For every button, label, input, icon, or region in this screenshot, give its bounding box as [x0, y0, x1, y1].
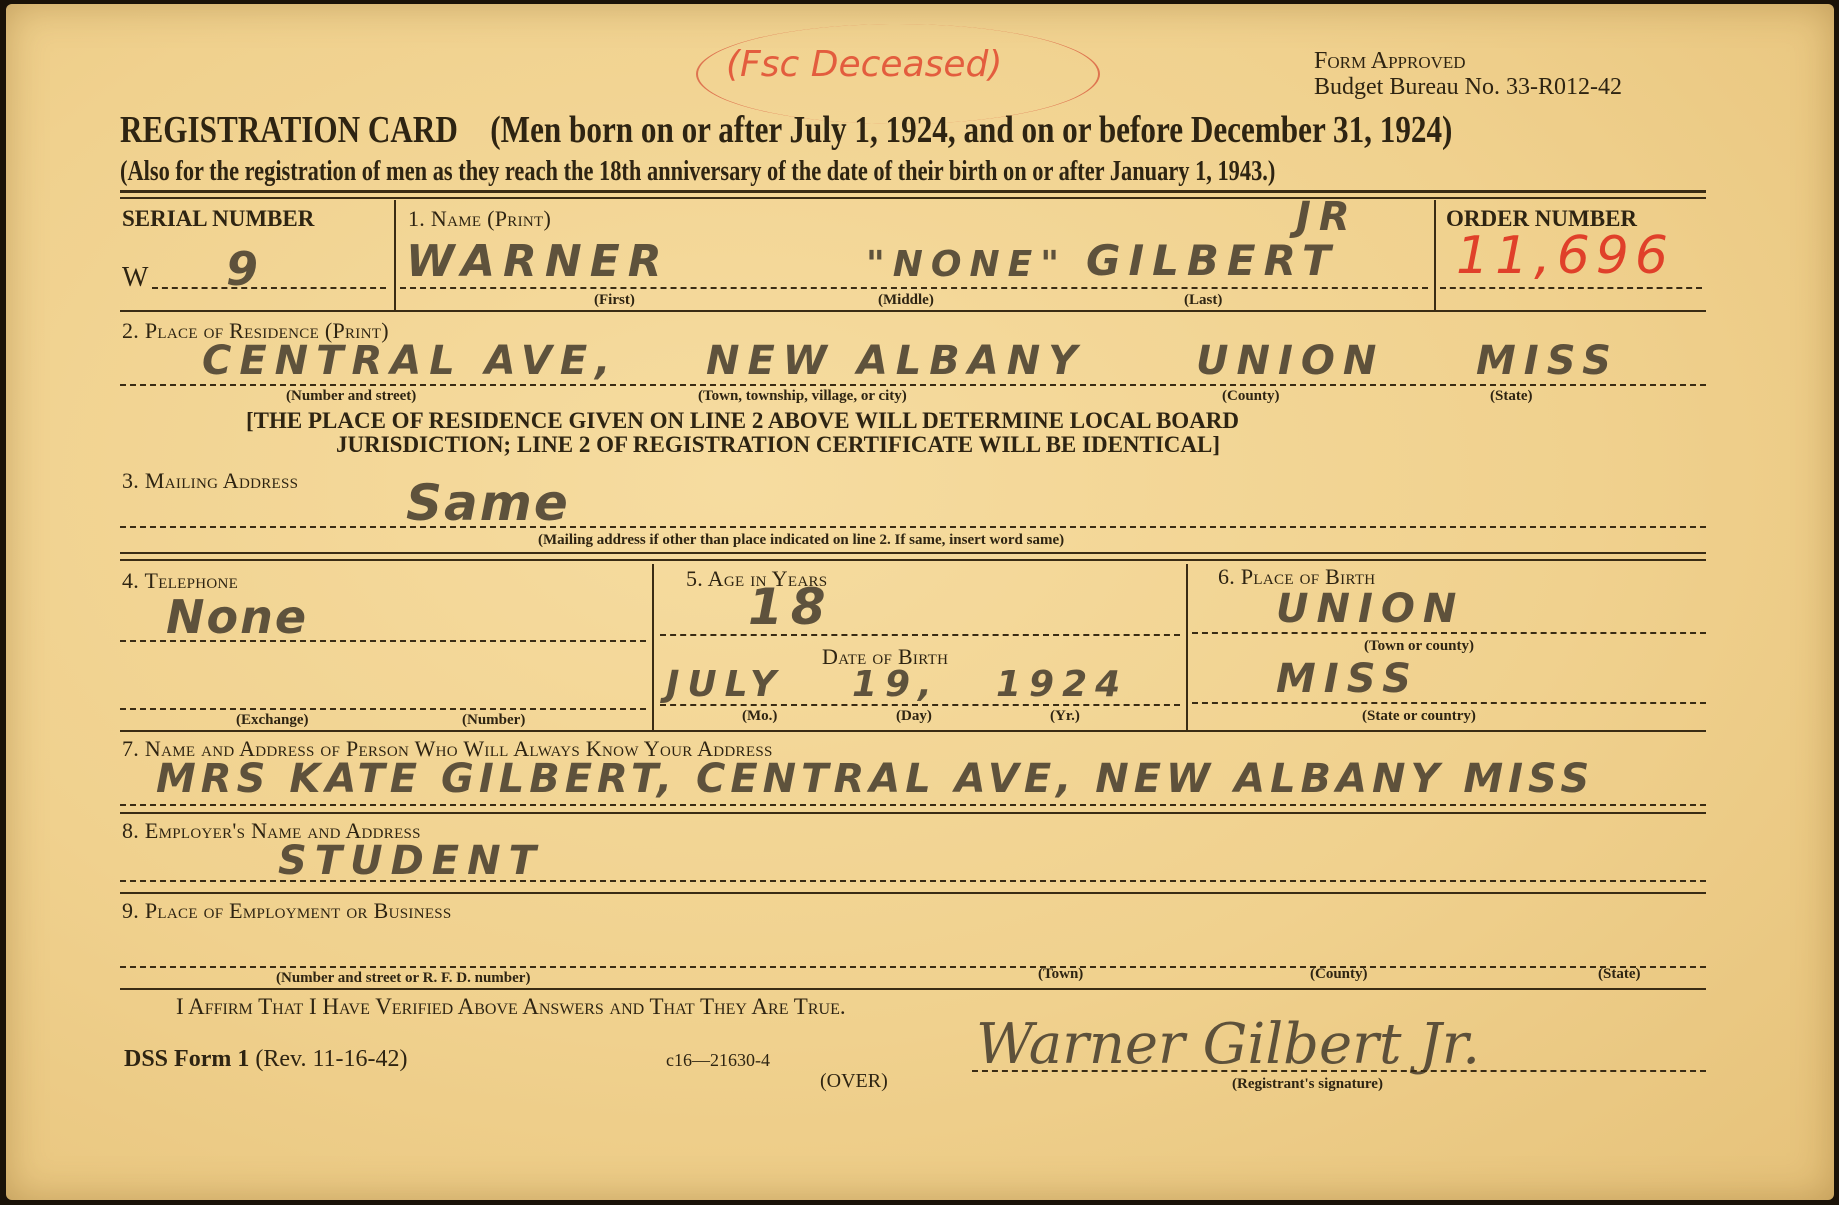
employer-dash-line	[120, 880, 1706, 882]
county-caption: (County)	[1222, 388, 1280, 405]
age-dash-line	[660, 634, 1180, 636]
card-title: REGISTRATION CARD	[120, 109, 458, 151]
vertical-divider	[1186, 564, 1188, 730]
order-number-value: 11,696	[1456, 226, 1674, 286]
first-caption: (First)	[594, 292, 635, 309]
divider	[120, 730, 1706, 732]
form-id: DSS Form 1	[124, 1046, 249, 1072]
vertical-divider	[394, 200, 396, 310]
divider	[120, 988, 1706, 990]
birth-day-value: 19,	[852, 664, 940, 705]
serial-number-label: SERIAL NUMBER	[122, 206, 314, 232]
divider	[120, 310, 1706, 312]
employment-label: 9. Place of Employment or Business	[122, 898, 452, 924]
mailing-address-value: Same	[406, 474, 570, 532]
residence-notice-line2: JURISDICTION; LINE 2 OF REGISTRATION CER…	[336, 432, 1220, 458]
form-approved-label: Form Approved	[1314, 48, 1466, 75]
contact-value: MRS KATE GILBERT, CENTRAL AVE, NEW ALBAN…	[156, 756, 1594, 802]
form-revision: (Rev. 11-16-42)	[255, 1046, 407, 1072]
telephone-dash-line-2	[120, 708, 646, 710]
last-caption: (Last)	[1184, 292, 1222, 309]
budget-bureau-number: Budget Bureau No. 33-R012-42	[1314, 74, 1622, 101]
signature-dash-line	[972, 1070, 1706, 1072]
residence-state-value: MISS	[1476, 338, 1619, 384]
exchange-caption: (Exchange)	[236, 712, 309, 729]
mailing-caption: (Mailing address if other than place ind…	[538, 532, 1064, 549]
signature-caption: (Registrant's signature)	[1232, 1076, 1383, 1093]
divider	[120, 812, 1706, 814]
contact-dash-line	[120, 804, 1706, 806]
town-caption: (Town, township, village, or city)	[698, 388, 907, 405]
card-subtitle: (Also for the registration of men as the…	[120, 156, 1275, 188]
serial-prefix: W	[122, 262, 148, 294]
name-suffix-value: JR	[1296, 194, 1358, 240]
birth-month-value: JULY	[666, 664, 784, 705]
residence-street-value: CENTRAL AVE,	[202, 338, 618, 384]
street-caption: (Number and street)	[286, 388, 416, 405]
vertical-divider	[652, 564, 654, 730]
residence-town-value: NEW ALBANY	[706, 338, 1085, 384]
birth-town-dash-line	[1192, 632, 1706, 634]
mailing-dash-line	[120, 526, 1706, 528]
age-value: 18	[748, 578, 834, 636]
card-title-row: REGISTRATION CARD (Men born on or after …	[120, 108, 1452, 152]
registration-card: (Fsc Deceased) Form Approved Budget Bure…	[6, 4, 1834, 1200]
form-identifier: DSS Form 1 (Rev. 11-16-42)	[124, 1046, 408, 1073]
birth-town-value: UNION	[1276, 586, 1464, 632]
name-label: 1. Name (Print)	[408, 206, 551, 232]
card-title-note: (Men born on or after July 1, 1924, and …	[490, 109, 1452, 151]
telephone-value: None	[166, 590, 308, 644]
birth-state-value: MISS	[1276, 656, 1419, 702]
number-caption: (Number)	[462, 712, 525, 729]
last-name-value: GILBERT	[1086, 236, 1339, 285]
middle-caption: (Middle)	[878, 292, 934, 309]
registrant-signature: Warner Gilbert Jr.	[976, 1012, 1480, 1077]
dob-dash-line	[660, 704, 1180, 706]
residence-notice-line1: [THE PLACE OF RESIDENCE GIVEN ON LINE 2 …	[246, 408, 1239, 434]
employer-value: STUDENT	[278, 838, 544, 884]
employment-county-caption: (County)	[1310, 966, 1368, 983]
name-dash-line	[400, 287, 1428, 289]
birth-state-dash-line	[1192, 702, 1706, 704]
order-dash-line	[1440, 287, 1702, 289]
employment-town-caption: (Town)	[1038, 966, 1083, 983]
residence-county-value: UNION	[1196, 338, 1384, 384]
middle-name-value: "NONE"	[866, 244, 1067, 285]
vertical-divider	[1434, 200, 1436, 310]
year-caption: (Yr.)	[1050, 708, 1080, 725]
divider	[120, 892, 1706, 894]
red-annotation-text: (Fsc Deceased)	[726, 44, 1002, 85]
birth-town-caption: (Town or county)	[1364, 638, 1474, 655]
serial-dash-line	[152, 287, 386, 289]
divider	[120, 197, 1706, 199]
mailing-address-label: 3. Mailing Address	[122, 468, 298, 494]
birth-year-value: 1924	[996, 664, 1128, 705]
employment-street-caption: (Number and street or R. F. D. number)	[276, 970, 530, 987]
employment-dash-line	[120, 966, 1706, 968]
divider	[120, 559, 1706, 561]
residence-dash-line	[120, 384, 1706, 386]
first-name-value: WARNER	[406, 236, 670, 287]
over-label: (OVER)	[820, 1070, 888, 1093]
state-caption: (State)	[1490, 388, 1532, 405]
birth-state-caption: (State or country)	[1362, 708, 1476, 725]
employment-state-caption: (State)	[1598, 966, 1640, 983]
day-caption: (Day)	[896, 708, 932, 725]
divider	[120, 552, 1706, 554]
print-code: c16—21630-4	[666, 1050, 770, 1071]
divider	[120, 190, 1706, 193]
month-caption: (Mo.)	[742, 708, 777, 725]
telephone-dash-line	[120, 640, 646, 642]
affirmation-text: I Affirm That I Have Verified Above Answ…	[176, 994, 846, 1020]
